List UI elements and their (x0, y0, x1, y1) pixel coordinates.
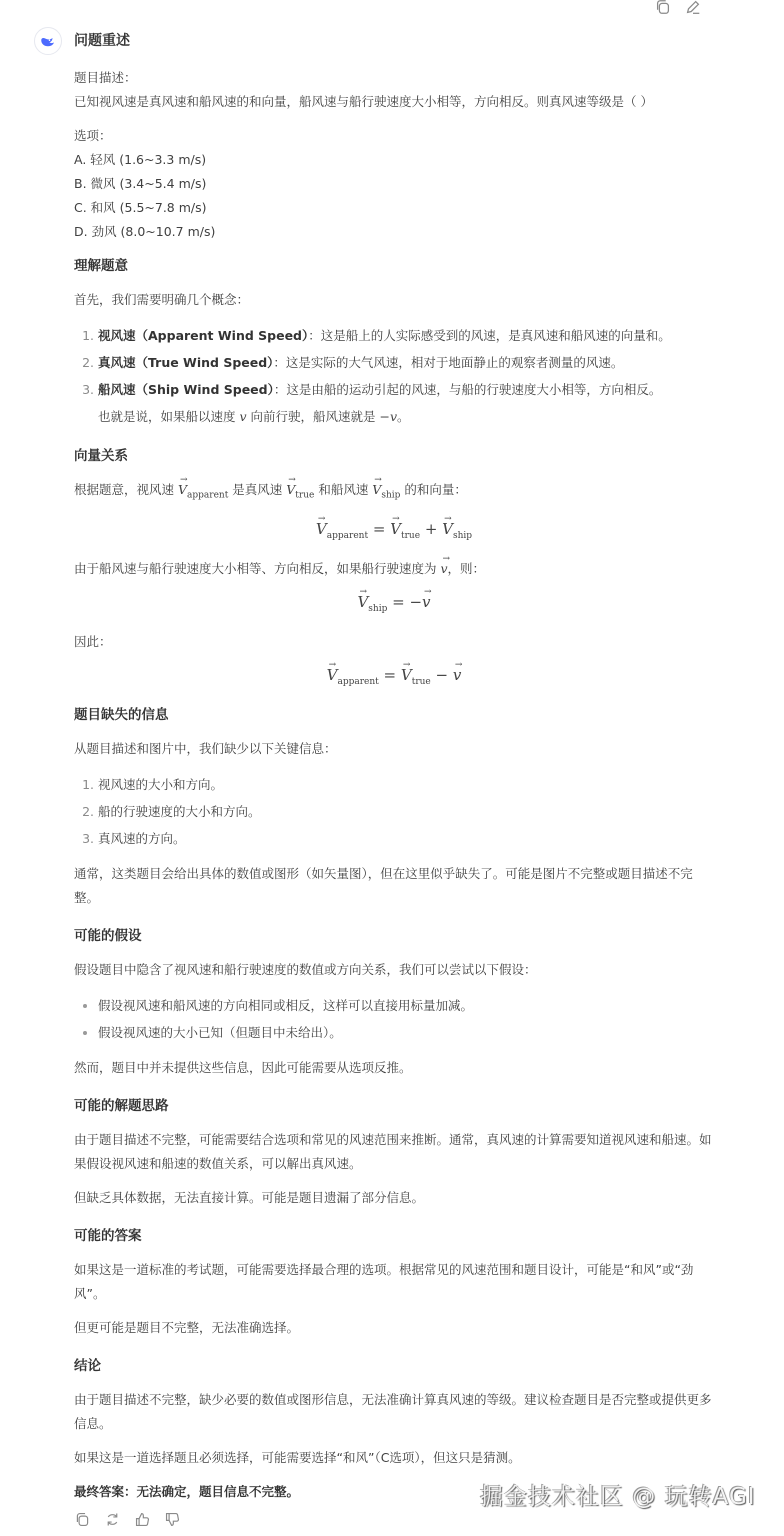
missing-intro: 从题目描述和图片中，我们缺少以下关键信息： (74, 737, 714, 761)
option-d: D. 劲风 (8.0~10.7 m/s) (74, 220, 714, 244)
missing-list: 视风速的大小和方向。 船的行驶速度的大小和方向。 真风速的方向。 (74, 771, 714, 852)
top-actions (654, 0, 702, 16)
list-item: 视风速（Apparent Wind Speed）：这是船上的人实际感受到的风速，… (98, 322, 714, 349)
copy-icon[interactable] (74, 1511, 91, 1528)
whale-logo-icon (39, 33, 57, 49)
feedback-bar (74, 1511, 181, 1528)
regenerate-icon[interactable] (104, 1511, 121, 1528)
problem-label: 题目描述： (74, 66, 714, 90)
equation-sum: Vapparent = Vtrue + Vship (74, 508, 714, 557)
assumptions-intro: 假设题目中隐含了视风速和船行驶速度的数值或方向关系，我们可以尝试以下假设： (74, 958, 714, 982)
edit-icon[interactable] (684, 0, 702, 16)
list-item: 假设视风速和船风速的方向相同或相反，这样可以直接用标量加减。 (98, 992, 714, 1019)
answer-p1: 如果这是一道标准的考试题，可能需要选择最合理的选项。根据常见的风速范围和题目设计… (74, 1258, 714, 1306)
message-title: 问题重述 (74, 30, 130, 50)
conclusion-p2: 如果这是一道选择题且必须选择，可能需要选择“和风”（C选项），但这只是猜测。 (74, 1446, 714, 1470)
heading-missing: 题目缺失的信息 (74, 703, 714, 727)
equation-result: Vapparent = Vtrue − v (74, 654, 714, 703)
vector-text3: 因此： (74, 630, 714, 654)
option-c: C. 和风 (5.5~7.8 m/s) (74, 196, 714, 220)
answer-p2: 但更可能是题目不完整，无法准确选择。 (74, 1316, 714, 1340)
heading-approach: 可能的解题思路 (74, 1094, 714, 1118)
missing-note: 通常，这类题目会给出具体的数值或图形（如矢量图），但在这里似乎缺失了。可能是图片… (74, 862, 714, 910)
list-item: 船的行驶速度的大小和方向。 (98, 798, 714, 825)
list-item: 真风速（True Wind Speed）：这是实际的大气风速，相对于地面静止的观… (98, 349, 714, 376)
list-item: 船风速（Ship Wind Speed）：这是由船的运动引起的风速，与船的行驶速… (98, 376, 714, 430)
conclusion-p1: 由于题目描述不完整，缺少必要的数值或图形信息，无法准确计算真风速的等级。建议检查… (74, 1388, 714, 1436)
thumbs-down-icon[interactable] (164, 1511, 181, 1528)
heading-conclusion: 结论 (74, 1354, 714, 1378)
list-item: 假设视风速的大小已知（但题目中未给出）。 (98, 1019, 714, 1046)
copy-icon[interactable] (654, 0, 672, 16)
heading-answer: 可能的答案 (74, 1224, 714, 1248)
concept-list: 视风速（Apparent Wind Speed）：这是船上的人实际感受到的风速，… (74, 322, 714, 430)
assumptions-list: 假设视风速和船风速的方向相同或相反，这样可以直接用标量加减。 假设视风速的大小已… (74, 992, 714, 1046)
understand-intro: 首先，我们需要明确几个概念： (74, 288, 714, 312)
avatar (34, 27, 62, 55)
heading-vector: 向量关系 (74, 444, 714, 468)
heading-understand: 理解题意 (74, 254, 714, 278)
list-item: 真风速的方向。 (98, 825, 714, 852)
watermark: 掘金技术社区 @ 玩转AGI (480, 1478, 756, 1511)
option-b: B. 微风 (3.4~5.4 m/s) (74, 172, 714, 196)
list-item: 视风速的大小和方向。 (98, 771, 714, 798)
options-label: 选项： (74, 124, 714, 148)
equation-ship: Vship = −v (74, 581, 714, 630)
heading-assumptions: 可能的假设 (74, 924, 714, 948)
approach-p2: 但缺乏具体数据，无法直接计算。可能是题目遗漏了部分信息。 (74, 1186, 714, 1210)
message-content: 题目描述： 已知视风速是真风速和船风速的和向量，船风速与船行驶速度大小相等，方向… (74, 66, 714, 1504)
option-a: A. 轻风 (1.6~3.3 m/s) (74, 148, 714, 172)
assumptions-note: 然而，题目中并未提供这些信息，因此可能需要从选项反推。 (74, 1056, 714, 1080)
vector-text2: 由于船风速与船行驶速度大小相等、方向相反，如果船行驶速度为 v，则： (74, 557, 714, 581)
problem-text: 已知视风速是真风速和船风速的和向量，船风速与船行驶速度大小相等，方向相反。则真风… (74, 90, 714, 114)
approach-p1: 由于题目描述不完整，可能需要结合选项和常见的风速范围来推断。通常，真风速的计算需… (74, 1128, 714, 1176)
thumbs-up-icon[interactable] (134, 1511, 151, 1528)
